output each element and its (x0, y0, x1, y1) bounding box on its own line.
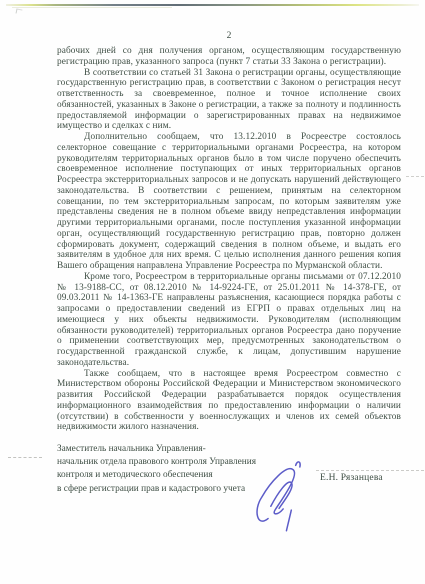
handwritten-signature-icon (248, 456, 316, 540)
paragraph: В соответствии со статьей 31 Закона о ре… (57, 68, 401, 133)
scan-artifact-dash-right-mid (406, 176, 424, 177)
page-number: 2 (57, 31, 401, 41)
paragraph: Кроме того, Росреестром в территориальны… (57, 272, 401, 369)
scan-artifact-top-edge-secondary (12, 7, 172, 8)
paragraph: Также сообщаем, что в настоящее время Ро… (57, 369, 401, 434)
scan-artifact-top-edge (6, 4, 419, 6)
signer-name: Е.Н. Рязанцева (320, 473, 383, 483)
document-page: 2 рабочих дней со дня получения органом,… (0, 0, 425, 584)
scan-artifact-speck (16, 8, 23, 14)
paragraph-continuation: рабочих дней со дня получения органом, о… (57, 46, 401, 68)
paragraph: Дополнительно сообщаем, что 13.12.2010 в… (57, 132, 401, 272)
scan-artifact-dash-left (8, 457, 42, 458)
signer-title-line: Заместитель начальника Управления- (57, 443, 327, 456)
scan-artifact-dash-right (316, 470, 424, 471)
document-body: рабочих дней со дня получения органом, о… (57, 46, 401, 433)
